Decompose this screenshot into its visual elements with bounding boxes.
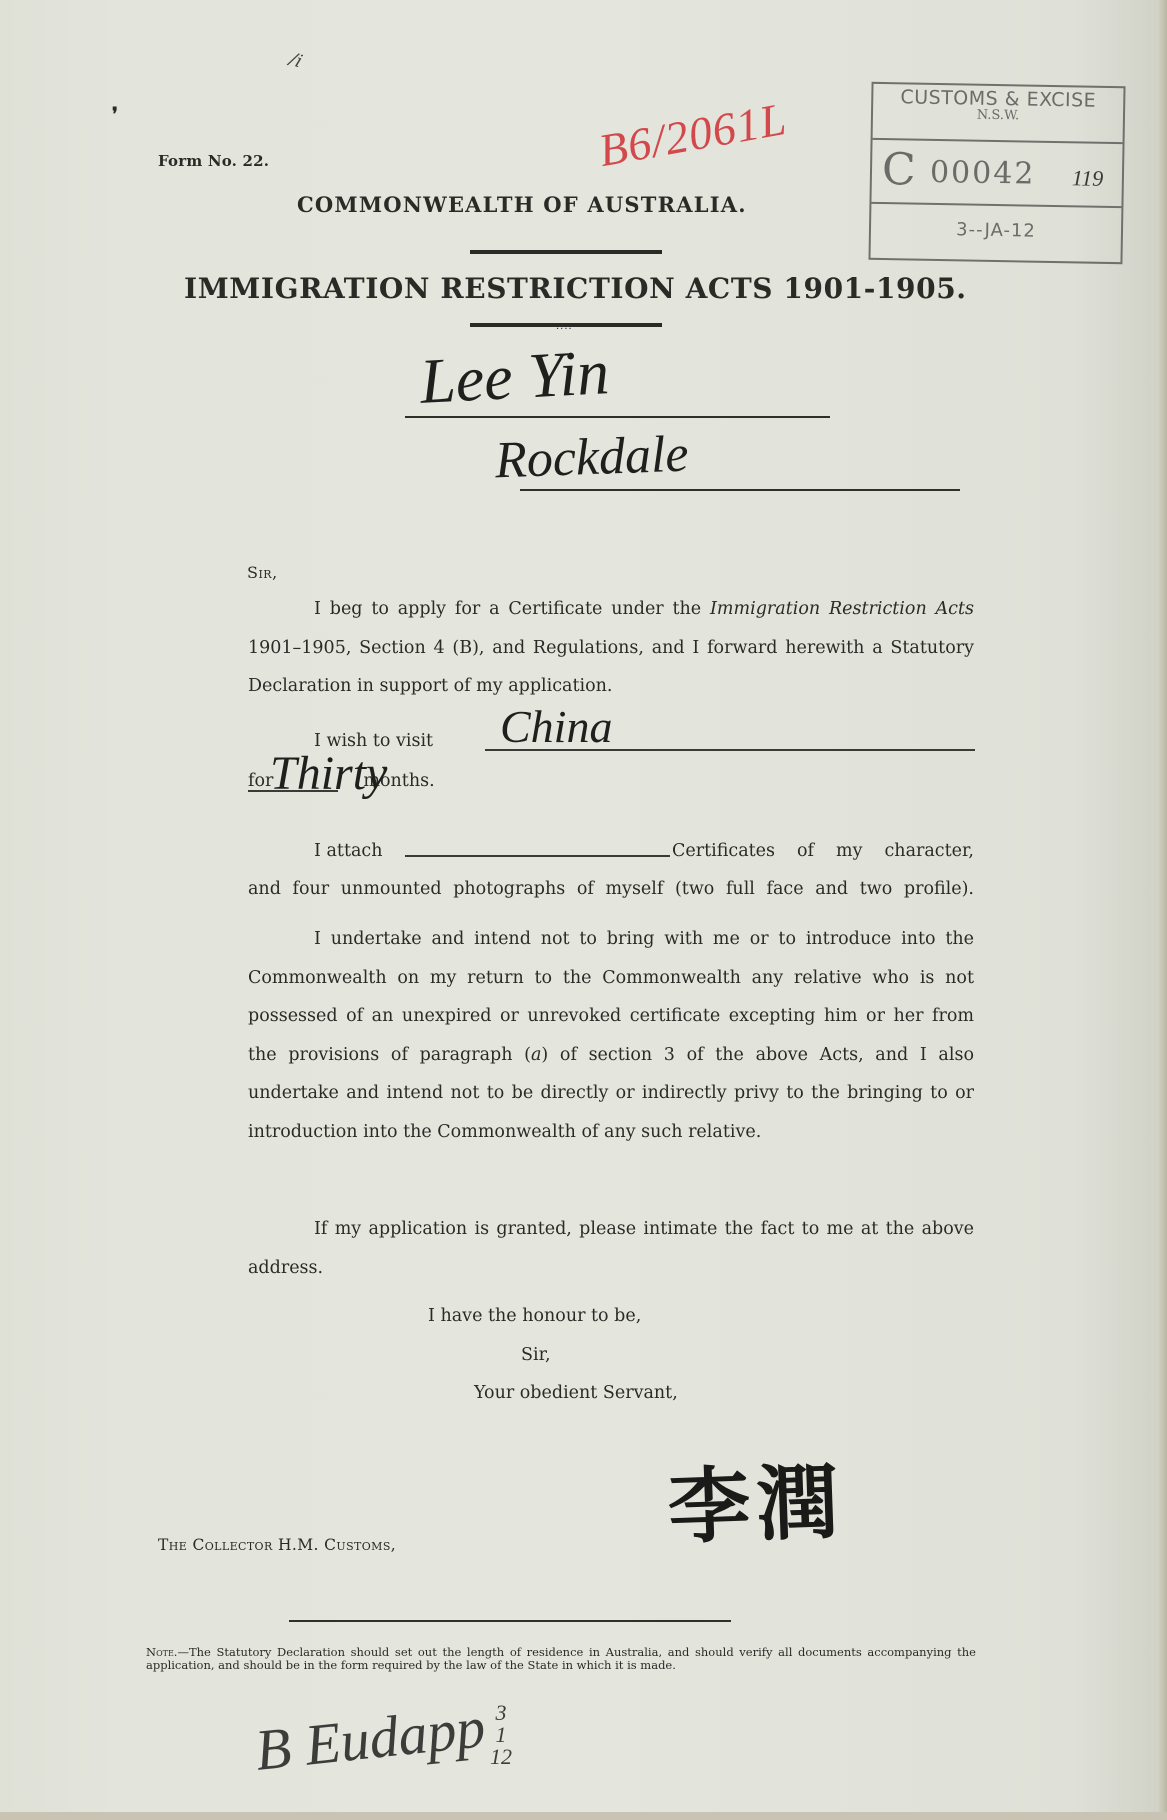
- attach-count-field[interactable]: [405, 855, 670, 857]
- certificates-text: Certificates of my character,: [672, 832, 974, 871]
- document-page: ❜ /i Form No. 22. B6/2061L CUSTOMS & EXC…: [0, 0, 1167, 1820]
- stamp-date: 3--JA-12: [871, 204, 1122, 243]
- form-number: Form No. 22.: [158, 152, 269, 170]
- visit-destination-field[interactable]: China: [500, 700, 612, 753]
- officer-initials: B Eudapp: [252, 1693, 488, 1784]
- reference-number-handwritten: B6/2061L: [595, 92, 791, 177]
- page-edge-shadow: [1157, 0, 1167, 1820]
- closing-line-3: Your obedient Servant,: [474, 1374, 678, 1413]
- salutation: Sir,: [247, 554, 278, 593]
- name-underline: [405, 416, 830, 418]
- pencil-mark: /i: [287, 49, 305, 73]
- paragraph-text: If my application is granted, please int…: [248, 1219, 974, 1278]
- addressee: The Collector H.M. Customs,: [158, 1536, 396, 1554]
- paragraph-text: I beg to apply for a Certificate under t…: [314, 599, 710, 619]
- page-title: IMMIGRATION RESTRICTION ACTS 1901-1905.: [184, 272, 967, 305]
- closing-line-1: I have the honour to be,: [428, 1297, 641, 1336]
- officer-date-day: 3: [490, 1702, 512, 1724]
- chinese-signature[interactable]: 李潤: [666, 1437, 846, 1560]
- acts-italic: Immigration Restriction Acts: [710, 599, 974, 619]
- paragraph-intimate: If my application is granted, please int…: [248, 1210, 974, 1287]
- officer-date-year: 12: [490, 1746, 512, 1768]
- title-ornament: ····: [556, 324, 573, 335]
- duration-field[interactable]: Thirty: [270, 746, 387, 801]
- note-text: —The Statutory Declaration should set ou…: [146, 1645, 976, 1672]
- applicant-name-field[interactable]: Lee Yin: [418, 335, 611, 419]
- closing-line-2: Sir,: [521, 1336, 551, 1375]
- page-bottom-edge: [0, 1812, 1167, 1820]
- footnote: Note.—The Statutory Declaration should s…: [146, 1646, 976, 1671]
- attach-label: I attach: [314, 832, 382, 871]
- photographs-text: and four unmounted photographs of myself…: [248, 870, 974, 909]
- paragraph-undertaking: I undertake and intend not to bring with…: [248, 920, 974, 1151]
- stamp-handwritten-number: 119: [1072, 165, 1104, 192]
- title-rule-top: [470, 250, 662, 254]
- paragraph-application: I beg to apply for a Certificate under t…: [248, 590, 974, 706]
- stamp-prefix: C: [882, 144, 917, 196]
- stamp-number: 00042: [930, 155, 1036, 192]
- header-commonwealth: COMMONWEALTH OF AUSTRALIA.: [297, 192, 747, 217]
- address-underline: [520, 489, 960, 491]
- paragraph-a-italic: a: [531, 1045, 541, 1065]
- signature-rule: [289, 1620, 731, 1622]
- customs-stamp: CUSTOMS & EXCISE N.S.W. C 00042 119 3--J…: [868, 82, 1125, 264]
- applicant-address-field[interactable]: Rockdale: [494, 425, 689, 491]
- officer-date: 3 1 12: [490, 1702, 512, 1768]
- officer-date-month: 1: [490, 1724, 512, 1746]
- margin-tick-mark: ❜: [112, 104, 118, 125]
- paragraph-text: 1901–1905, Section 4 (B), and Regulation…: [248, 638, 974, 697]
